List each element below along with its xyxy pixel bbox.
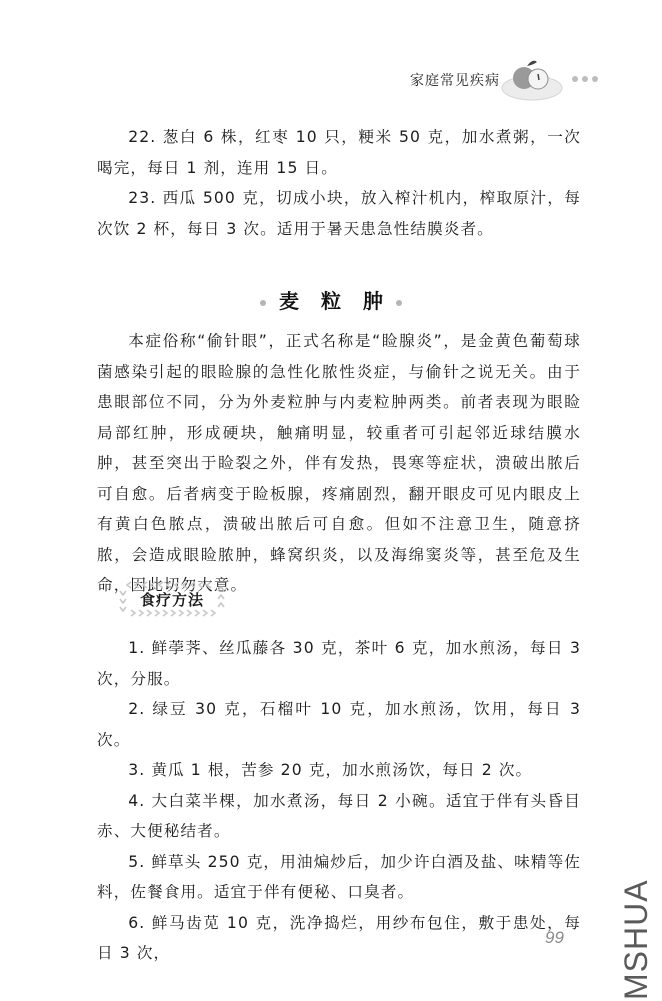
section-intro: 本症俗称“偷针眼”，正式名称是“睑腺炎”，是金黄色葡萄球菌感染引起的眼睑腺的急性… (97, 326, 581, 601)
previous-items: 22. 葱白 6 株，红枣 10 只，粳米 50 克，加水煮粥，一次喝完，每日 … (97, 122, 581, 244)
list-item: 4. 大白菜半棵，加水煮汤，每日 2 小碗。适宜于伴有头昏目赤、大便秘结者。 (97, 786, 581, 847)
intro-paragraph: 本症俗称“偷针眼”，正式名称是“睑腺炎”，是金黄色葡萄球菌感染引起的眼睑腺的急性… (97, 326, 581, 601)
bullet-dot-icon (260, 300, 266, 306)
running-header: 家庭常见疾病 (400, 52, 662, 112)
list-item: 5. 鲜草头 250 克，用油煸炒后，加少许白酒及盐、味精等佐料，佐餐食用。适宜… (97, 847, 581, 908)
decor-dots (572, 76, 598, 82)
list-item: 3. 黄瓜 1 根，苦参 20 克，加水煎汤饮，每日 2 次。 (97, 755, 581, 786)
bullet-dot-icon (396, 300, 402, 306)
list-item: 1. 鲜荸荠、丝瓜藤各 30 克，茶叶 6 克，加水煎汤，每日 3 次，分服。 (97, 633, 581, 694)
subheading-badge: 食疗方法 (117, 577, 227, 621)
page-number: 99 (545, 928, 564, 948)
list-item: 2. 绿豆 30 克，石榴叶 10 克，加水煎汤，饮用，每日 3 次。 (97, 694, 581, 755)
watermark: MSHUA (618, 879, 655, 1000)
remedy-list: 1. 鲜荸荠、丝瓜藤各 30 克，茶叶 6 克，加水煎汤，每日 3 次，分服。 … (97, 633, 581, 969)
subheading-label: 食疗方法 (117, 577, 227, 621)
apple-plate-icon (500, 52, 564, 104)
list-item: 23. 西瓜 500 克，切成小块，放入榨汁机内，榨取原汁，每次饮 2 杯，每日… (97, 183, 581, 244)
list-item: 6. 鲜马齿苋 10 克，洗净捣烂，用纱布包住，敷于患处，每日 3 次， (97, 908, 581, 969)
running-title: 家庭常见疾病 (410, 70, 500, 90)
list-item: 22. 葱白 6 株，红枣 10 只，粳米 50 克，加水煮粥，一次喝完，每日 … (97, 122, 581, 183)
section-title: 麦粒肿 (0, 285, 662, 314)
